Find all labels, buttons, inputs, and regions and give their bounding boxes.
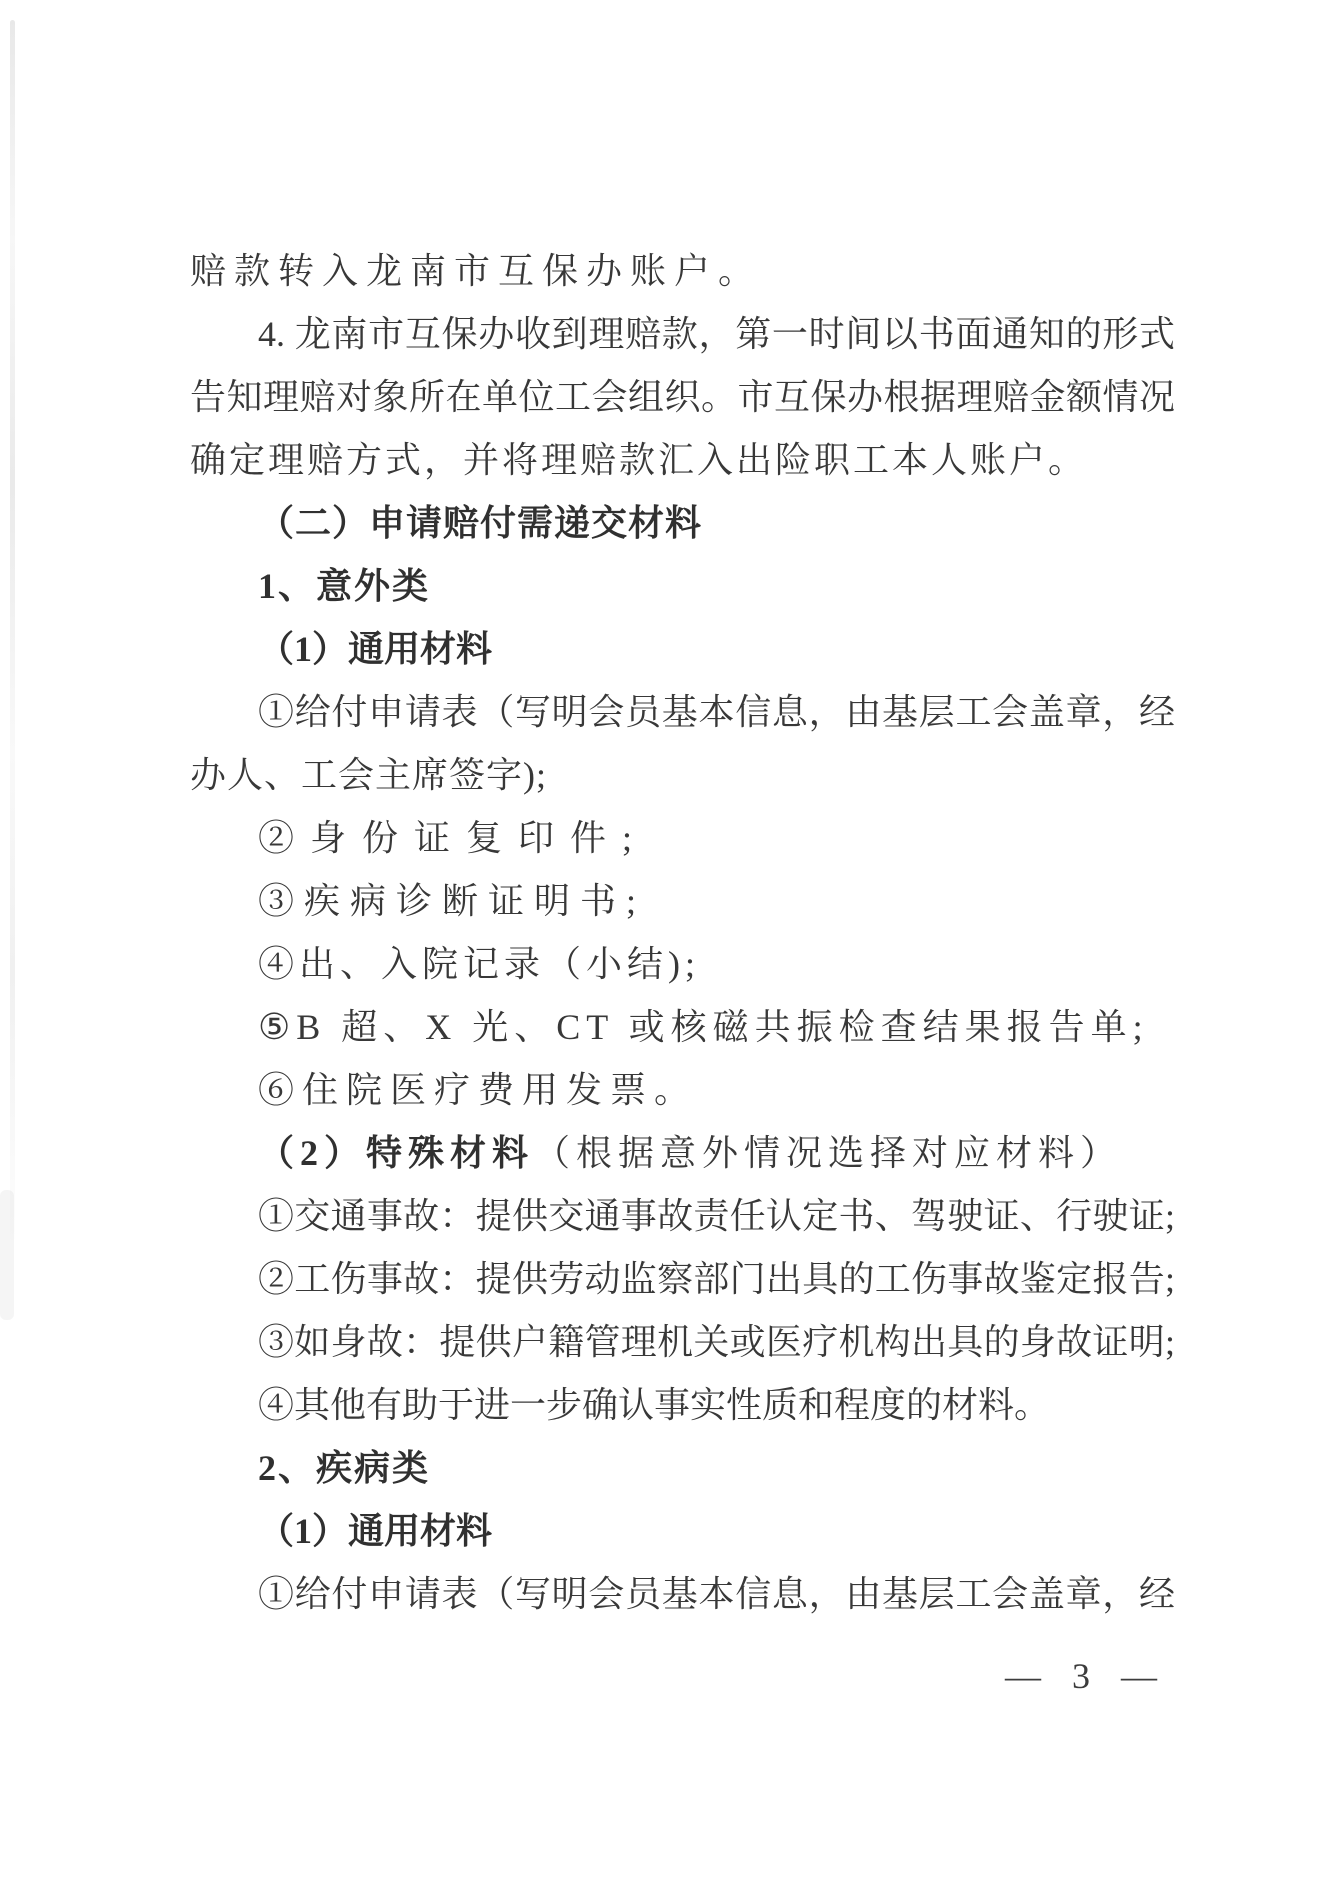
- list-item-other-materials: ④其他有助于进一步确认事实性质和程度的材料。: [190, 1374, 1175, 1437]
- list-item-id-copy: ②身份证复印件;: [190, 807, 1175, 870]
- scan-artifact-streak: [10, 20, 15, 1240]
- list-item-hospital-records: ④出、入院记录（小结);: [190, 933, 1175, 996]
- section-heading-materials: （二）申请赔付需递交材料: [190, 492, 1175, 555]
- paragraph-continuation-line: 赔款转入龙南市互保办账户。: [190, 240, 1175, 303]
- list-item-exam-reports: ⑤B 超、X 光、CT 或核磁共振检查结果报告单;: [190, 996, 1175, 1059]
- heading-note-text: （根据意外情况选择对应材料）: [534, 1133, 1122, 1173]
- paragraph-line: 4. 龙南市互保办收到理赔款，第一时间以书面通知的形式: [190, 303, 1175, 366]
- heading-bold-text: （2）特殊材料: [258, 1133, 534, 1173]
- subsection-heading-common-materials: （1）通用材料: [190, 618, 1175, 681]
- list-item-diagnosis: ③疾病诊断证明书;: [190, 870, 1175, 933]
- list-item-application-form: ①给付申请表（写明会员基本信息，由基层工会盖章，经: [190, 1563, 1175, 1626]
- list-item-application-form: ①给付申请表（写明会员基本信息，由基层工会盖章，经: [190, 681, 1175, 744]
- scan-artifact-smudge: [0, 1190, 14, 1320]
- list-item-traffic-accident: ①交通事故：提供交通事故责任认定书、驾驶证、行驶证;: [190, 1185, 1175, 1248]
- paragraph-line: 确定理赔方式，并将理赔款汇入出险职工本人账户。: [190, 429, 1175, 492]
- subsection-heading-special-materials: （2）特殊材料（根据意外情况选择对应材料）: [190, 1122, 1175, 1185]
- list-item-work-injury: ②工伤事故：提供劳动监察部门出具的工伤事故鉴定报告;: [190, 1248, 1175, 1311]
- subsection-heading-common-materials: （1）通用材料: [190, 1500, 1175, 1563]
- page-number: — 3 —: [1005, 1655, 1161, 1697]
- list-item-medical-invoice: ⑥住院医疗费用发票。: [190, 1059, 1175, 1122]
- subsection-heading-disease: 2、疾病类: [190, 1437, 1175, 1500]
- paragraph-line: 告知理赔对象所在单位工会组织。市互保办根据理赔金额情况: [190, 366, 1175, 429]
- list-item-death-proof: ③如身故：提供户籍管理机关或医疗机构出具的身故证明;: [190, 1311, 1175, 1374]
- document-body: 赔款转入龙南市互保办账户。 4. 龙南市互保办收到理赔款，第一时间以书面通知的形…: [190, 240, 1175, 1626]
- subsection-heading-accident: 1、意外类: [190, 555, 1175, 618]
- document-page: 赔款转入龙南市互保办账户。 4. 龙南市互保办收到理赔款，第一时间以书面通知的形…: [0, 0, 1334, 1886]
- list-item-continuation-line: 办人、工会主席签字);: [190, 744, 1175, 807]
